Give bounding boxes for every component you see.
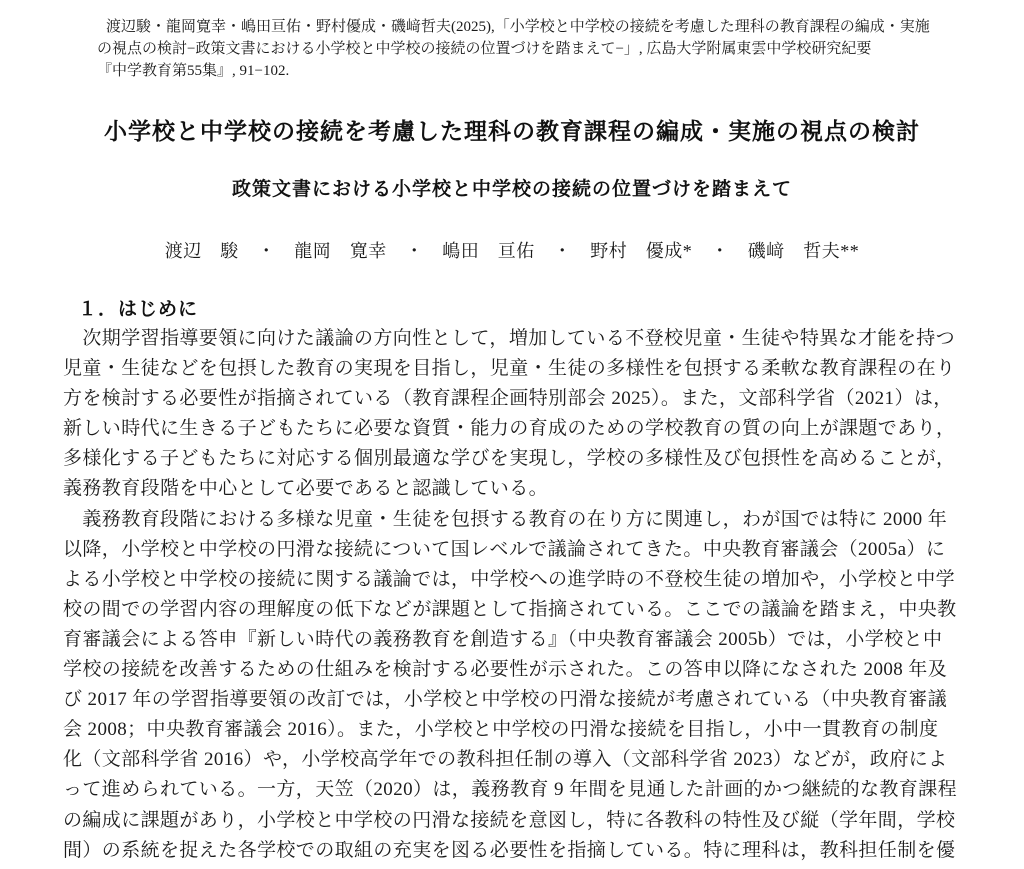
body-text-line: 校の間での学習内容の理解度の低下などが課題として指摘されている。ここでの議論を踏… (63, 595, 963, 625)
body-text-line: よる小学校と中学校の接続に関する議論では，中学校への進学時の不登校生徒の増加や，… (63, 565, 963, 595)
paper-subtitle: 政策文書における小学校と中学校の接続の位置づけを踏まえて (0, 174, 1024, 201)
body-text-line: 義務教育段階を中心として必要であると認識している。 (63, 474, 963, 504)
body-text-line: って進められている。一方，天笠（2020）は，義務教育 9 年間を見通した計画的… (63, 775, 963, 805)
body-text-line: 多様化する子どもたちに対応する個別最適な学びを実現し，学校の多様性及び包摂性を高… (63, 444, 963, 474)
body-text-line: 児童・生徒などを包摂した教育の実現を目指し，児童・生徒の多様性を包摂する柔軟な教… (63, 354, 963, 384)
body-text-line: 方を検討する必要性が指摘されている（教育課程企画特別部会 2025）。また，文部… (63, 384, 963, 414)
authors-line: 渡辺 駿 ・ 龍岡 寛幸 ・ 嶋田 亘佑 ・ 野村 優成* ・ 磯﨑 哲夫** (0, 237, 1024, 263)
body-text-line: 以降，小学校と中学校の円滑な接続について国レベルで議論されてきた。中央教育審議会… (63, 535, 963, 565)
body-text-line: 義務教育段階における多様な児童・生徒を包摂する教育の在り方に関連し，わが国では特… (63, 505, 963, 535)
body-text-line: の編成に課題があり，小学校と中学校の円滑な接続を意図し，特に各教科の特性及び縦（… (63, 806, 963, 836)
paper-title: 小学校と中学校の接続を考慮した理科の教育課程の編成・実施の視点の検討 (0, 113, 1024, 146)
document-page: 渡辺駿・龍岡寛幸・嶋田亘佑・野村優成・磯﨑哲夫(2025),「小学校と中学校の接… (0, 0, 1024, 869)
citation-line: 『中学教育第55集』, 91−102. (97, 60, 945, 82)
citation-line: 渡辺駿・龍岡寛幸・嶋田亘佑・野村優成・磯﨑哲夫(2025),「小学校と中学校の接… (97, 16, 945, 38)
body-text-line: 化（文部科学省 2016）や，小学校高学年での教科担任制の導入（文部科学省 20… (63, 745, 963, 775)
citation-block: 渡辺駿・龍岡寛幸・嶋田亘佑・野村優成・磯﨑哲夫(2025),「小学校と中学校の接… (97, 16, 945, 82)
body-text-line: 次期学習指導要領に向けた議論の方向性として，増加している不登校児童・生徒や特異な… (63, 324, 963, 354)
body-text-line: び 2017 年の学習指導要領の改訂では，小学校と中学校の円滑な接続が考慮されて… (63, 685, 963, 715)
body-text-line: 会 2008；中央教育審議会 2016）。また，小学校と中学校の円滑な接続を目指… (63, 715, 963, 745)
body-text-line: 育審議会による答申『新しい時代の義務教育を創造する』（中央教育審議会 2005b… (63, 625, 963, 655)
body-text-line: 新しい時代に生きる子どもたちに必要な資質・能力の育成のための学校教育の質の向上が… (63, 414, 963, 444)
section-body-text: 次期学習指導要領に向けた議論の方向性として，増加している不登校児童・生徒や特異な… (63, 324, 963, 866)
body-text-line: 学校の接続を改善するための仕組みを検討する必要性が示された。この答申以降になされ… (63, 655, 963, 685)
body-text-line: 間）の系統を捉えた各学校での取組の充実を図る必要性を指摘している。特に理科は，教… (63, 836, 963, 866)
citation-line: の視点の検討−政策文書における小学校と中学校の接続の位置づけを踏まえて−」, 広… (97, 38, 945, 60)
section-heading-introduction: １．はじめに (78, 294, 198, 321)
